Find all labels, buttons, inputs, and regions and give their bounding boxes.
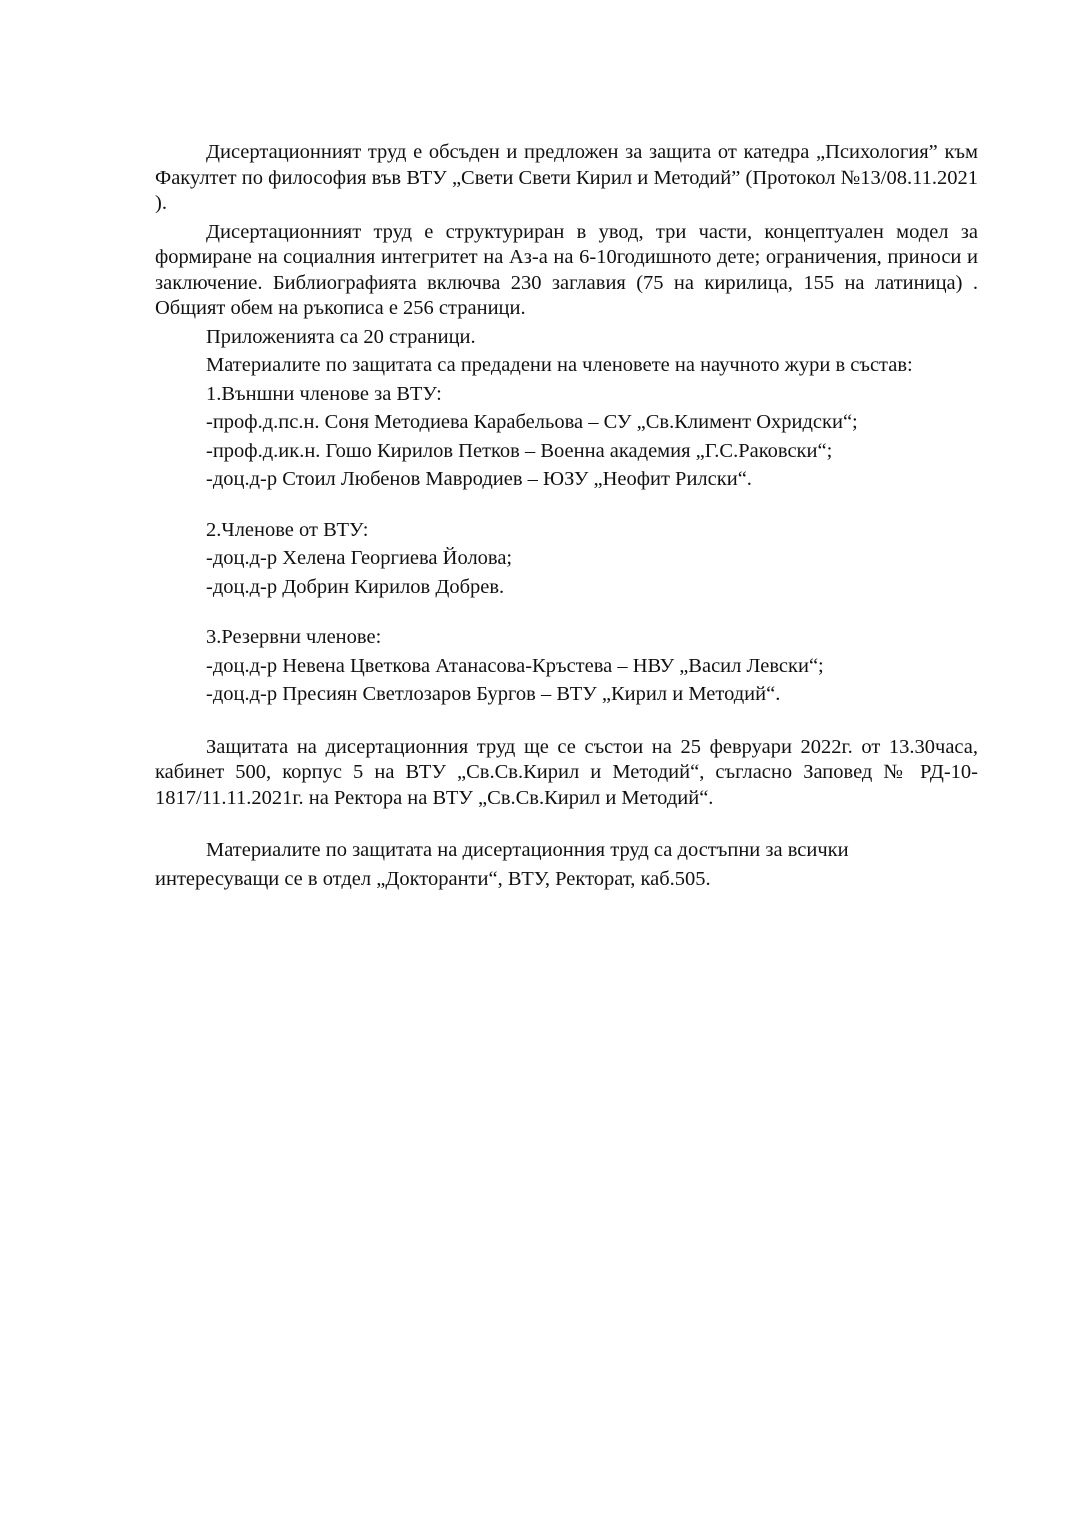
jury-member: -доц.д-р Хелена Георгиева Йолова;: [155, 546, 978, 572]
paragraph-discussion: Дисертационният труд е обсъден и предлож…: [155, 140, 978, 217]
jury-group-reserve: 3.Резервни членове: -доц.д-р Невена Цвет…: [155, 625, 978, 708]
jury-group-heading: 3.Резервни членове:: [155, 625, 978, 651]
availability-line: интересуващи се в отдел „Докторанти“, ВТ…: [155, 867, 978, 893]
jury-intro: Материалите по защитата са предадени на …: [155, 353, 978, 379]
appendices-note: Приложенията са 20 страници.: [155, 325, 978, 351]
paragraph-structure: Дисертационният труд е структуриран в ув…: [155, 220, 978, 322]
jury-member: -доц.д-р Пресиян Светлозаров Бургов – ВТ…: [155, 682, 978, 708]
document-page: Дисертационният труд е обсъден и предлож…: [155, 140, 978, 892]
availability-line: Материалите по защитата на дисертационни…: [155, 838, 978, 864]
jury-group-internal: 2.Членове от ВТУ: -доц.д-р Хелена Георги…: [155, 518, 978, 601]
jury-member: -проф.д.ик.н. Гошо Кирилов Петков – Воен…: [155, 439, 978, 465]
jury-member: -доц.д-р Невена Цветкова Атанасова-Кръст…: [155, 654, 978, 680]
jury-member: -проф.д.пс.н. Соня Методиева Карабельова…: [155, 410, 978, 436]
jury-member: -доц.д-р Добрин Кирилов Добрев.: [155, 575, 978, 601]
jury-group-heading: 1.Външни членове за ВТУ:: [155, 382, 978, 408]
jury-group-external: 1.Външни членове за ВТУ: -проф.д.пс.н. С…: [155, 382, 978, 493]
paragraph-availability: Материалите по защитата на дисертационни…: [155, 838, 978, 892]
jury-member: -доц.д-р Стоил Любенов Мавродиев – ЮЗУ „…: [155, 467, 978, 493]
jury-group-heading: 2.Членове от ВТУ:: [155, 518, 978, 544]
paragraph-defense-details: Защитата на дисертационния труд ще се съ…: [155, 735, 978, 812]
